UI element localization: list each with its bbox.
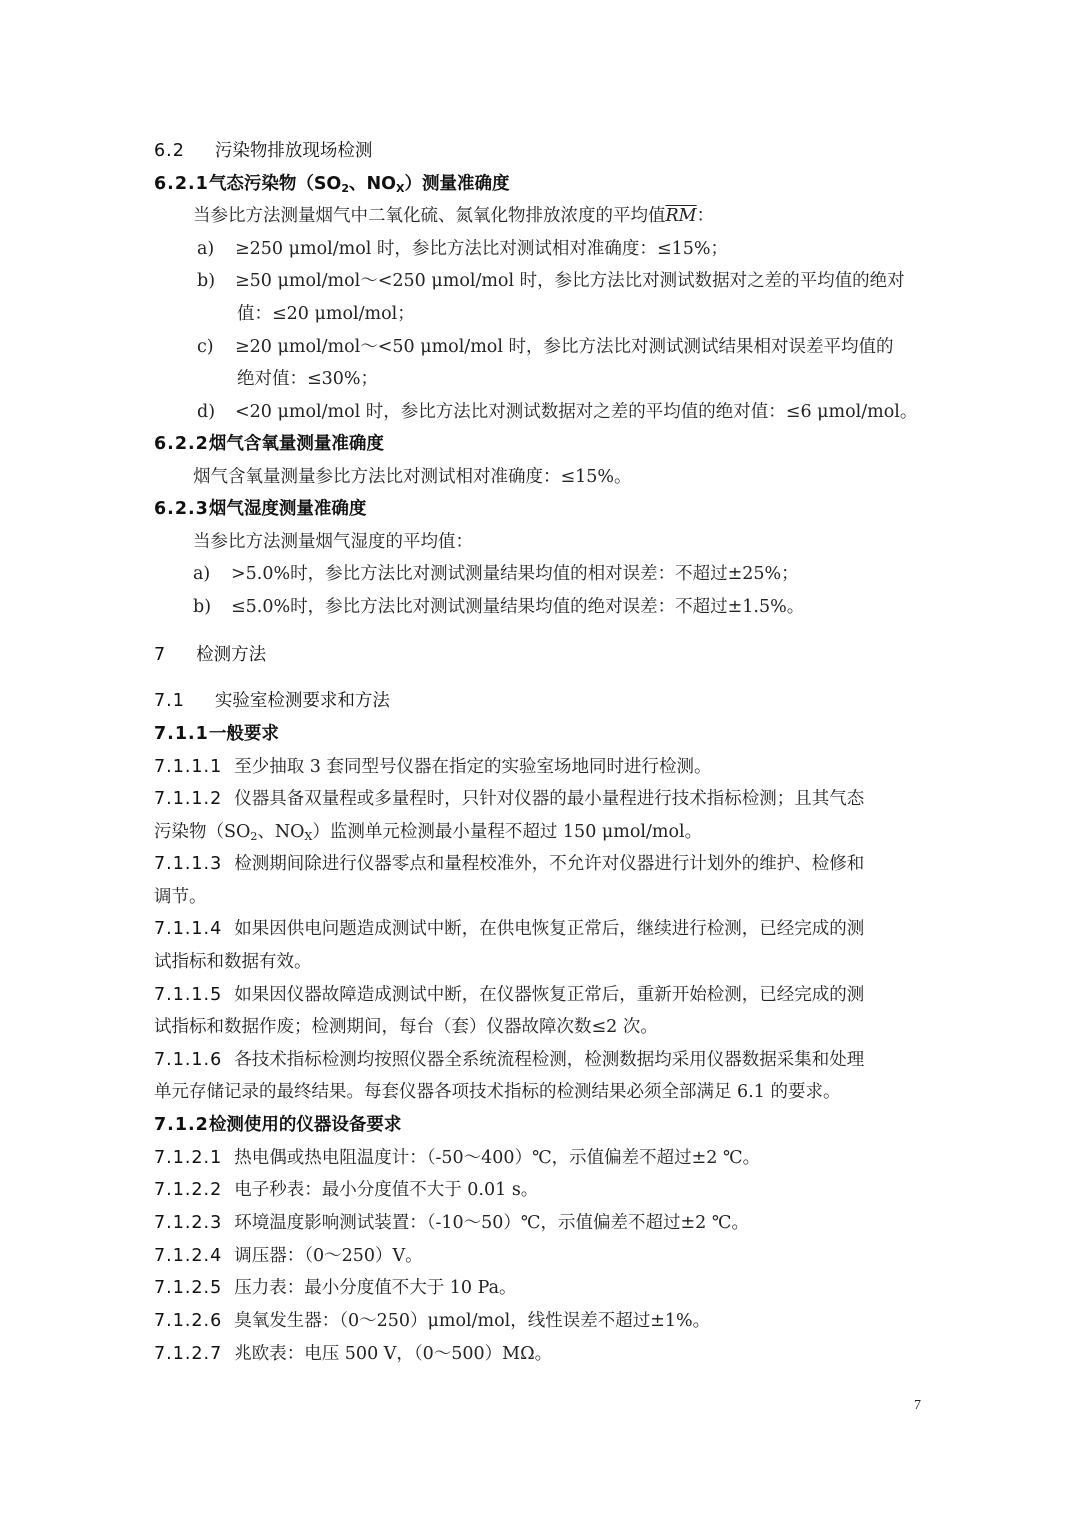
heading-title: 一般要求 (209, 724, 279, 744)
list-item-b: b)≤5.0%时，参比方法比对测试测量结果均值的绝对误差：不超过±1.5%。 (193, 595, 804, 619)
clause-text: 、NO (257, 822, 304, 842)
list-label: c) (197, 335, 235, 359)
clause-text: 污染物（SO (154, 822, 250, 842)
clause-text: 试指标和数据有效。 (154, 952, 312, 972)
clause-7-1-1-4: 7.1.1.4如果因供电问题造成测试中断，在供电恢复正常后，继续进行检测，已经完… (154, 917, 864, 941)
heading-title: 烟气湿度测量准确度 (209, 499, 367, 519)
list-text: ≤5.0%时，参比方法比对测试测量结果均值的绝对误差：不超过±1.5%。 (231, 597, 804, 617)
paragraph-text: 当参比方法测量烟气湿度的平均值： (193, 532, 473, 552)
heading-6-2-2: 6.2.2烟气含氧量测量准确度 (154, 432, 384, 456)
heading-number: 7 (154, 645, 166, 665)
clause-number: 7.1.2.6 (154, 1311, 222, 1331)
clause-7-1-1-5-continued: 试指标和数据作废；检测期间，每台（套）仪器故障次数≤2 次。 (154, 1015, 658, 1039)
clause-number: 7.1.1.5 (154, 985, 222, 1005)
clause-7-1-1-3-continued: 调节。 (154, 885, 207, 909)
heading-title-part: 、NO (349, 174, 396, 194)
clause-number: 7.1.1.6 (154, 1050, 222, 1070)
clause-7-1-2-6: 7.1.2.6臭氧发生器：（0～250）μmol/mol，线性误差不超过±1%。 (154, 1309, 710, 1333)
clause-text: 单元存储记录的最终结果。每套仪器各项技术指标的检测结果必须全部满足 6.1 的要… (154, 1082, 840, 1102)
heading-7-1-2: 7.1.2检测使用的仪器设备要求 (154, 1113, 401, 1137)
clause-number: 7.1.2.4 (154, 1246, 222, 1266)
list-item-c-continued: 绝对值：≤30%； (237, 367, 378, 391)
list-label: a) (193, 562, 231, 586)
clause-number: 7.1.1.2 (154, 789, 222, 809)
clause-text: 环境温度影响测试装置：（-10～50）℃，示值偏差不超过±2 ℃。 (234, 1213, 749, 1233)
list-label: d) (197, 400, 235, 424)
paragraph-6-2-2: 烟气含氧量测量参比方法比对测试相对准确度：≤15%。 (193, 465, 632, 489)
clause-text: 臭氧发生器：（0～250）μmol/mol，线性误差不超过±1%。 (234, 1311, 710, 1331)
clause-7-1-1-2-continued: 污染物（SO2、NOX）监测单元检测最小量程不超过 150 μmol/mol。 (154, 820, 702, 844)
clause-7-1-1-6-continued: 单元存储记录的最终结果。每套仪器各项技术指标的检测结果必须全部满足 6.1 的要… (154, 1080, 840, 1104)
clause-7-1-1-3: 7.1.1.3检测期间除进行仪器零点和量程校准外，不允许对仪器进行计划外的维护、… (154, 852, 864, 876)
list-item-b-continued: 值：≤20 μmol/mol； (237, 302, 415, 326)
paragraph-6-2-1-intro: 当参比方法测量烟气中二氧化硫、氮氧化物排放浓度的平均值RM： (193, 204, 714, 228)
clause-text: 至少抽取 3 套同型号仪器在指定的实验室场地同时进行检测。 (234, 757, 711, 777)
list-text: ≥20 μmol/mol～<50 μmol/mol 时，参比方法比对测试测试结果… (235, 337, 894, 357)
list-text: 绝对值：≤30%； (237, 369, 378, 389)
clause-text: 如果因仪器故障造成测试中断，在仪器恢复正常后，重新开始检测，已经完成的测 (234, 985, 864, 1005)
heading-title: 污染物排放现场检测 (215, 141, 373, 161)
clause-text: 调节。 (154, 887, 207, 907)
heading-6-2-3: 6.2.3烟气湿度测量准确度 (154, 497, 366, 521)
heading-7-1: 7.1实验室检测要求和方法 (154, 689, 390, 713)
list-text: ≥250 μmol/mol 时，参比方法比对测试相对准确度：≤15%； (235, 239, 728, 259)
heading-number: 7.1 (154, 691, 185, 711)
clause-number: 7.1.2.3 (154, 1213, 222, 1233)
clause-text: 兆欧表：电压 500 V，（0～500）MΩ。 (234, 1344, 552, 1364)
heading-number: 7.1.2 (154, 1115, 209, 1135)
clause-7-1-1-4-continued: 试指标和数据有效。 (154, 950, 312, 974)
clause-7-1-2-5: 7.1.2.5压力表：最小分度值不大于 10 Pa。 (154, 1276, 517, 1300)
paragraph-text: ： (697, 206, 715, 226)
list-label: b) (197, 269, 235, 293)
list-text: 值：≤20 μmol/mol； (237, 304, 415, 324)
list-item-d: d)<20 μmol/mol 时，参比方法比对测试数据对之差的平均值的绝对值：≤… (197, 400, 917, 424)
list-text: >5.0%时，参比方法比对测试测量结果均值的相对误差：不超过±25%； (231, 564, 799, 584)
clause-7-1-2-4: 7.1.2.4调压器：（0～250）V。 (154, 1244, 423, 1268)
clause-7-1-2-7: 7.1.2.7兆欧表：电压 500 V，（0～500）MΩ。 (154, 1342, 552, 1366)
heading-title: 检测使用的仪器设备要求 (209, 1115, 402, 1135)
list-label: a) (197, 237, 235, 261)
clause-number: 7.1.1.1 (154, 757, 222, 777)
list-item-a: a)>5.0%时，参比方法比对测试测量结果均值的相对误差：不超过±25%； (193, 562, 799, 586)
subscript: 2 (341, 182, 349, 195)
heading-title: 实验室检测要求和方法 (215, 691, 390, 711)
paragraph-text: 当参比方法测量烟气中二氧化硫、氮氧化物排放浓度的平均值 (193, 206, 666, 226)
clause-number: 7.1.2.7 (154, 1344, 222, 1364)
heading-title-part: ）测量准确度 (404, 174, 509, 194)
clause-7-1-1-1: 7.1.1.1至少抽取 3 套同型号仪器在指定的实验室场地同时进行检测。 (154, 755, 712, 779)
clause-text: 试指标和数据作废；检测期间，每台（套）仪器故障次数≤2 次。 (154, 1017, 658, 1037)
clause-text: 仪器具备双量程或多量程时，只针对仪器的最小量程进行技术指标检测；且其气态 (234, 789, 864, 809)
heading-title-part: 气态污染物（SO (209, 174, 341, 194)
heading-number: 7.1.1 (154, 724, 209, 744)
paragraph-text: 烟气含氧量测量参比方法比对测试相对准确度：≤15%。 (193, 467, 632, 487)
document-page: 6.2污染物排放现场检测 6.2.1气态污染物（SO2、NOX）测量准确度 当参… (0, 0, 1080, 1527)
list-text: ≥50 μmol/mol～<250 μmol/mol 时，参比方法比对测试数据对… (235, 271, 905, 291)
list-item-a: a)≥250 μmol/mol 时，参比方法比对测试相对准确度：≤15%； (197, 237, 728, 261)
heading-number: 6.2 (154, 141, 185, 161)
page-number: 7 (914, 1398, 921, 1414)
heading-title: 检测方法 (196, 645, 266, 665)
list-label: b) (193, 595, 231, 619)
heading-title: 烟气含氧量测量准确度 (209, 434, 384, 454)
heading-number: 6.2.3 (154, 499, 209, 519)
clause-number: 7.1.1.4 (154, 919, 222, 939)
clause-text: 热电偶或热电阻温度计：（-50～400）℃，示值偏差不超过±2 ℃。 (234, 1148, 760, 1168)
clause-7-1-1-2: 7.1.1.2仪器具备双量程或多量程时，只针对仪器的最小量程进行技术指标检测；且… (154, 787, 864, 811)
list-item-c: c)≥20 μmol/mol～<50 μmol/mol 时，参比方法比对测试测试… (197, 335, 894, 359)
heading-number: 6.2.1 (154, 174, 209, 194)
heading-number: 6.2.2 (154, 434, 209, 454)
list-item-b: b)≥50 μmol/mol～<250 μmol/mol 时，参比方法比对测试数… (197, 269, 905, 293)
clause-text: ）监测单元检测最小量程不超过 150 μmol/mol。 (312, 822, 702, 842)
clause-text: 检测期间除进行仪器零点和量程校准外，不允许对仪器进行计划外的维护、检修和 (234, 854, 864, 874)
clause-text: 如果因供电问题造成测试中断，在供电恢复正常后，继续进行检测，已经完成的测 (234, 919, 864, 939)
heading-6-2: 6.2污染物排放现场检测 (154, 139, 372, 163)
clause-text: 各技术指标检测均按照仪器全系统流程检测，检测数据均采用仪器数据采集和处理 (234, 1050, 864, 1070)
list-text: <20 μmol/mol 时，参比方法比对测试数据对之差的平均值的绝对值：≤6 … (235, 402, 917, 422)
clause-7-1-2-2: 7.1.2.2电子秒表：最小分度值不大于 0.01 s。 (154, 1178, 538, 1202)
clause-number: 7.1.1.3 (154, 854, 222, 874)
clause-7-1-2-3: 7.1.2.3环境温度影响测试装置：（-10～50）℃，示值偏差不超过±2 ℃。 (154, 1211, 749, 1235)
clause-text: 压力表：最小分度值不大于 10 Pa。 (234, 1278, 516, 1298)
clause-7-1-2-1: 7.1.2.1热电偶或热电阻温度计：（-50～400）℃，示值偏差不超过±2 ℃… (154, 1146, 760, 1170)
clause-text: 调压器：（0～250）V。 (234, 1246, 422, 1266)
heading-7: 7检测方法 (154, 643, 266, 667)
clause-number: 7.1.2.1 (154, 1148, 222, 1168)
paragraph-6-2-3-intro: 当参比方法测量烟气湿度的平均值： (193, 530, 473, 554)
clause-number: 7.1.2.5 (154, 1278, 222, 1298)
clause-7-1-1-5: 7.1.1.5如果因仪器故障造成测试中断，在仪器恢复正常后，重新开始检测，已经完… (154, 983, 864, 1007)
math-symbol-rm-bar: RM (666, 206, 697, 226)
clause-number: 7.1.2.2 (154, 1180, 222, 1200)
heading-7-1-1: 7.1.1一般要求 (154, 722, 279, 746)
clause-7-1-1-6: 7.1.1.6各技术指标检测均按照仪器全系统流程检测，检测数据均采用仪器数据采集… (154, 1048, 864, 1072)
clause-text: 电子秒表：最小分度值不大于 0.01 s。 (234, 1180, 538, 1200)
heading-6-2-1: 6.2.1气态污染物（SO2、NOX）测量准确度 (154, 172, 509, 196)
